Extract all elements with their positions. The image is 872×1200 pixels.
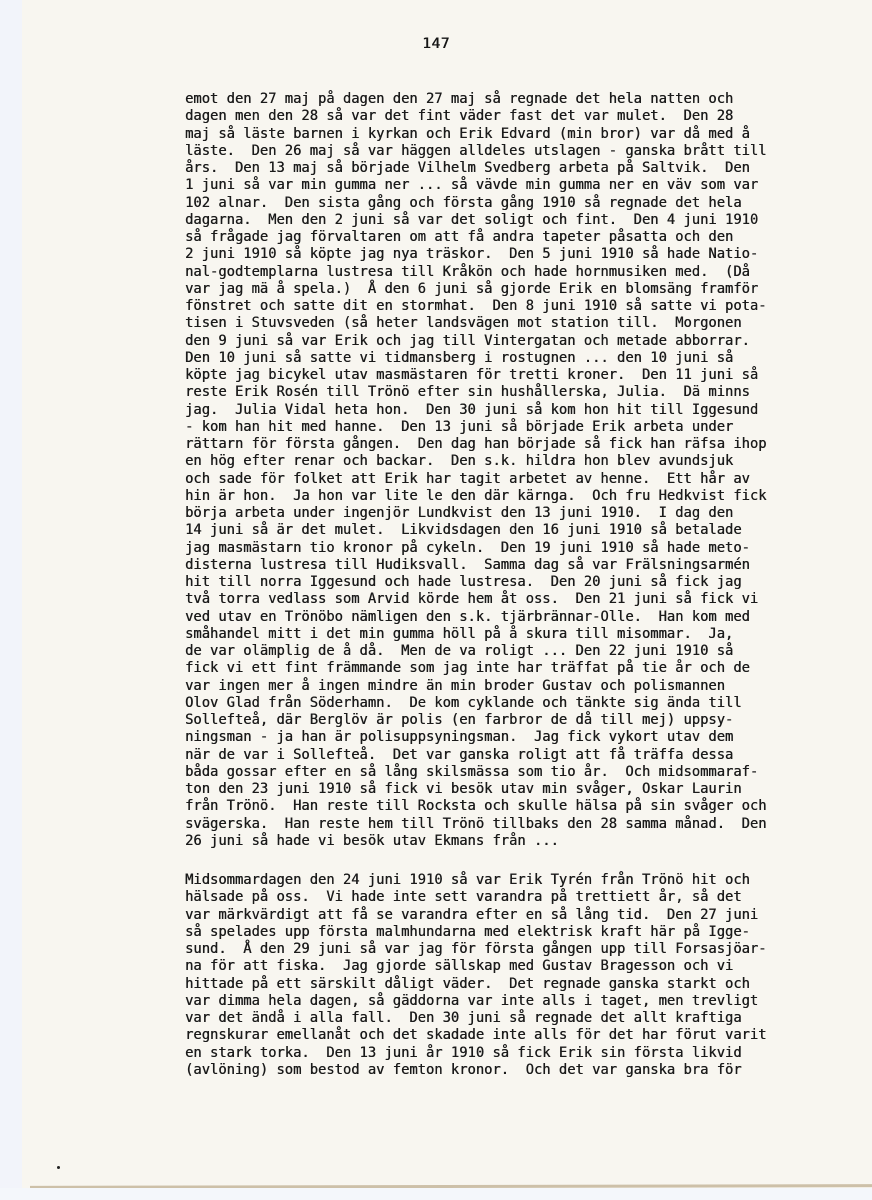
scanner-edge-left — [0, 0, 22, 1188]
scanned-document-page: 147 emot den 27 maj på dagen den 27 maj … — [0, 0, 872, 1200]
diary-paragraph-1: emot den 27 maj på dagen den 27 maj så r… — [185, 91, 766, 850]
diary-paragraph-2: Midsommardagen den 24 juni 1910 så var E… — [185, 872, 766, 1079]
scanner-background-bottom — [0, 1188, 872, 1200]
page-number: 147 — [0, 36, 872, 52]
ink-speck — [57, 1166, 60, 1169]
